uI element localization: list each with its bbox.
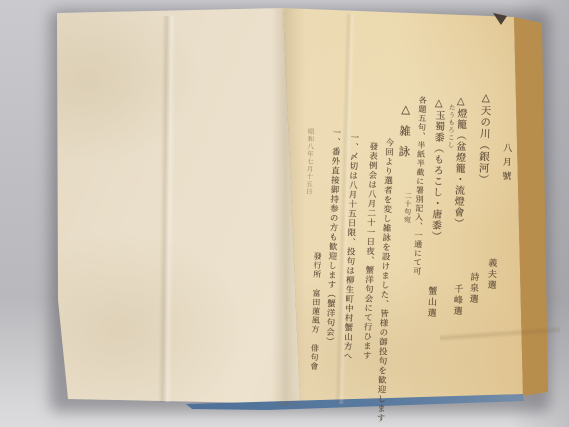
selector-name-3: 千峰選 [451, 284, 461, 317]
selector-name-2: 詩泉選 [467, 272, 477, 305]
topic-title: 天の川（銀河） [477, 105, 492, 186]
triangle-mark: △ [455, 96, 466, 108]
topic-column-1: △天の川（銀河） [477, 92, 491, 186]
selector-name-4: 蟹山選 [425, 286, 435, 319]
issue-heading: 八月號 [500, 143, 511, 185]
triangle-mark: △ [398, 102, 413, 125]
topic-title: 雑詠 [397, 125, 412, 166]
topic-4-note: 二十句宛 [403, 192, 411, 224]
topic-column-4: △雑詠 [398, 102, 412, 166]
triangle-mark: △ [433, 98, 444, 110]
selector-name-1: 義夫選 [485, 258, 495, 291]
photo-of-open-booklet: 八月號 △天の川（銀河） 義夫選 △燈籠（盆燈籠・流燈會） 詩泉選 たうもろこし… [0, 0, 569, 427]
date-note: 昭和八年七月十五日 [305, 128, 314, 196]
triangle-mark: △ [480, 92, 492, 105]
furigana: たうもろこし [447, 104, 455, 149]
binding-gutter [272, 8, 306, 406]
